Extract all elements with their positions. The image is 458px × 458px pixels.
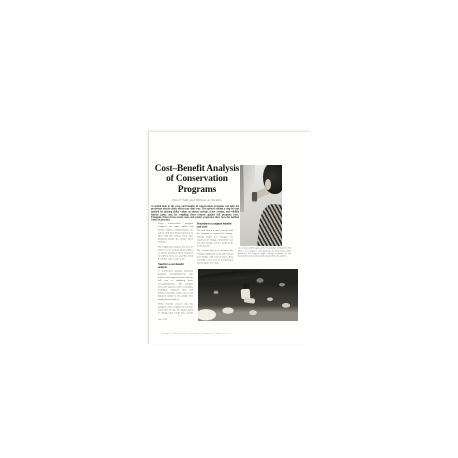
footnote-text: June 1982 <box>158 318 188 321</box>
abstract-block: A careful look at the costs and benefits… <box>151 205 239 221</box>
body-column-1: Every conservation program competes for … <box>158 222 193 316</box>
photo1-caption: An energy audit begins at the thermostat… <box>238 247 291 269</box>
title-line-1: Cost–Benefit Analysis <box>153 164 241 174</box>
copyright-text: Copyright © 1982 American Conservation A… <box>160 332 250 335</box>
col1-paragraph-4: When benefits exceed costs the program e… <box>158 302 193 316</box>
title-line-3: Programs <box>153 185 241 195</box>
col1-paragraph-1: Every conservation program competes for … <box>158 222 193 244</box>
photo2-foliage <box>198 269 264 283</box>
photo1-caption-text: An energy audit begins at the thermostat… <box>238 247 291 258</box>
photo2-person-head <box>243 283 249 289</box>
article-page: Cost–Benefit Analysis of Conservation Pr… <box>148 131 310 344</box>
photo2-person-legs <box>244 297 256 303</box>
col1-subheading: Need for a cost-benefit analysis <box>158 263 193 269</box>
thermostat-photo <box>240 165 282 246</box>
photo1-thermostat-device <box>252 192 257 201</box>
abstract-text: A careful look at the costs and benefits… <box>151 205 239 221</box>
col1-paragraph-3: A cost-benefit analysis translates progr… <box>158 270 193 301</box>
title-line-2: of Conservation <box>153 174 241 184</box>
col2-heading: Procedure to compute benefits and costs <box>197 222 233 228</box>
body-column-2: Procedure to compute benefits and costs … <box>197 222 233 270</box>
photo1-striped-shirt <box>257 203 282 246</box>
col2-paragraph-1: The first step is to state exactly what … <box>197 229 233 248</box>
outdoor-yard-photo <box>198 269 298 321</box>
copyright-line: Copyright © 1982 American Conservation A… <box>160 332 250 337</box>
author-byline: Paul F. May and William A. Sheldon <box>157 198 237 202</box>
column1-footnote: June 1982 <box>158 318 188 323</box>
scanned-article-screenshot: Cost–Benefit Analysis of Conservation Pr… <box>0 0 458 458</box>
article-title: Cost–Benefit Analysis of Conservation Pr… <box>153 164 241 195</box>
col2-paragraph-2: The second step is to measure the change… <box>197 249 233 265</box>
col1-paragraph-2: The traditional response has been to poi… <box>158 245 193 261</box>
